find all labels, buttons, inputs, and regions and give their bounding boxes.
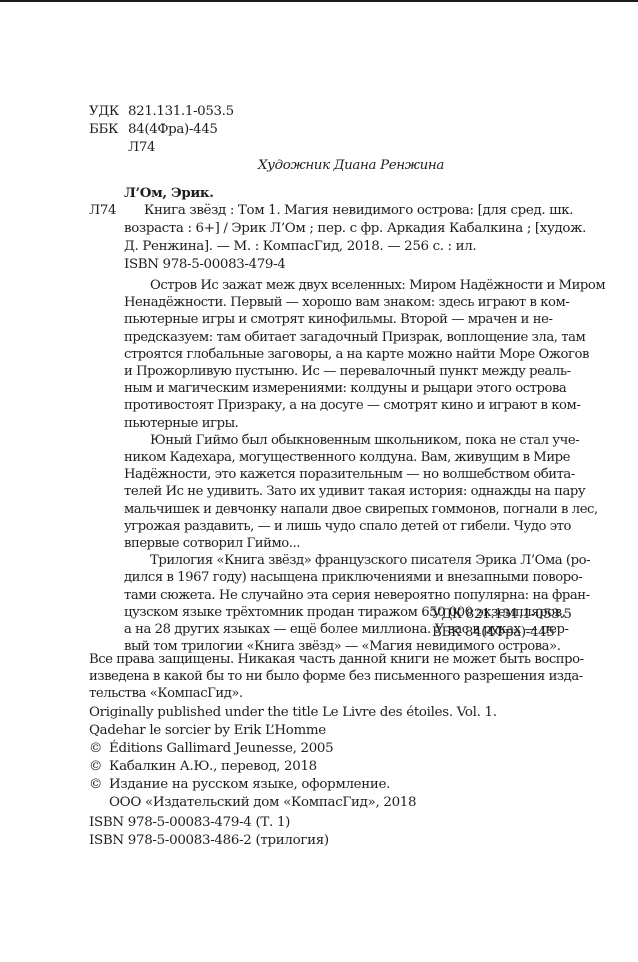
bbk-value: 84(4Фра)-445 xyxy=(128,122,218,137)
isbn-line: ISBN 978-5-00083-479-4 (Т. 1) xyxy=(89,814,589,832)
copyright-text: Éditions Gallimard Jeunesse, 2005 xyxy=(109,741,333,756)
text-line: Трилогия «Книга звёзд» французского писа… xyxy=(124,552,594,569)
copyright-text: Кабалкин А.Ю., перевод, 2018 xyxy=(109,759,317,774)
author-heading: Л’Ом, Эрик. xyxy=(124,184,214,202)
text-line: Все права защищены. Никакая часть данной… xyxy=(89,651,589,668)
annotation: Остров Ис зажат меж двух вселенных: Миро… xyxy=(124,277,594,655)
copyright-text: Издание на русском языке, оформление. xyxy=(109,777,390,792)
copyright-icon: © xyxy=(89,740,109,758)
text-line: дился в 1967 году) насыщена приключениям… xyxy=(124,569,594,586)
text-line: Qadehar le sorcier by Erik L’Homme xyxy=(89,722,589,740)
author-mark: Л74 xyxy=(128,139,155,157)
text-line: Надёжности, это кажется поразительным — … xyxy=(124,466,594,483)
text-line: изведена в какой бы то ни было форме без… xyxy=(89,668,589,685)
copyright-line: ©Éditions Gallimard Jeunesse, 2005 xyxy=(89,740,589,758)
annotation-paragraph: Остров Ис зажат меж двух вселенных: Миро… xyxy=(124,277,594,432)
catalog-isbn: ISBN 978-5-00083-479-4 xyxy=(124,256,285,274)
text-line: Originally published under the title Le … xyxy=(89,704,589,722)
rights-notice: Все права защищены. Никакая часть данной… xyxy=(89,651,589,703)
text-line: пьютерные игры и смотрят кинофильмы. Вто… xyxy=(124,311,594,328)
text-line: Юный Гиймо был обыкновенным школьником, … xyxy=(124,432,594,449)
catalog-line: Книга звёзд : Том 1. Магия невидимого ос… xyxy=(144,202,573,220)
text-line: Остров Ис зажат меж двух вселенных: Миро… xyxy=(124,277,594,294)
text-line: и Прожорливую пустыню. Ис — перевалочный… xyxy=(124,363,594,380)
copyright-icon: © xyxy=(89,776,109,794)
text-line: ником Кадехара, могущественного колдуна.… xyxy=(124,449,594,466)
text-line: строятся глобальные заговоры, а на карте… xyxy=(124,346,594,363)
udk-line: УДК821.131.1-053.5 xyxy=(89,103,234,121)
copyright-line: ©Издание на русском языке, оформление. xyxy=(89,776,589,794)
copyright-line: ©Кабалкин А.Ю., перевод, 2018 xyxy=(89,758,589,776)
text-line: телей Ис не удивить. Зато их удивит така… xyxy=(124,483,594,500)
text-line: противостоят Призраку, а на досуге — смо… xyxy=(124,397,594,414)
annotation-paragraph: Юный Гиймо был обыкновенным школьником, … xyxy=(124,432,594,552)
text-line: угрожая раздавить, — и лишь чудо спало д… xyxy=(124,518,594,535)
text-line: Ненадёжности. Первый — хорошо вам знаком… xyxy=(124,294,594,311)
text-line: тельства «КомпасГид». xyxy=(89,685,589,702)
udk-label: УДК xyxy=(89,103,128,121)
isbn-block: ISBN 978-5-00083-479-4 (Т. 1) ISBN 978-5… xyxy=(89,814,589,850)
udk-value: 821.131.1-053.5 xyxy=(128,104,234,119)
text-line: мальчишек и девчонку напали двое свирепы… xyxy=(124,501,594,518)
text-line: пьютерные игры. xyxy=(124,415,594,432)
text-line: ным и магическим измерениями: колдуны и … xyxy=(124,380,594,397)
page-top-border xyxy=(0,0,638,2)
catalog-line: возраста : 6+] / Эрик Л’Ом ; пер. с фр. … xyxy=(124,220,586,238)
text-line: тами сюжета. Не случайно эта серия невер… xyxy=(124,587,594,604)
bbk-line: ББК84(4Фра)-445 xyxy=(89,121,218,139)
isbn-line: ISBN 978-5-00083-486-2 (трилогия) xyxy=(89,832,589,850)
copyright-icon: © xyxy=(89,758,109,776)
catalog-line: Д. Ренжина]. — М. : КомпасГид, 2018. — 2… xyxy=(124,238,476,256)
original-publication: Originally published under the title Le … xyxy=(89,704,589,812)
udk-repeat: УДК 821.131.1-053.5 xyxy=(432,606,572,624)
bbk-repeat: ББК 84(4Фра)-445 xyxy=(432,624,554,642)
text-line: предсказуем: там обитает загадочный Приз… xyxy=(124,329,594,346)
publisher-line: ООО «Издательский дом «КомпасГид», 2018 xyxy=(89,794,589,812)
catalog-author-mark: Л74 xyxy=(89,202,116,220)
bbk-label: ББК xyxy=(89,121,128,139)
text-line: впервые сотворил Гиймо... xyxy=(124,535,594,552)
illustrator-credit: Художник Диана Ренжина xyxy=(258,157,444,175)
